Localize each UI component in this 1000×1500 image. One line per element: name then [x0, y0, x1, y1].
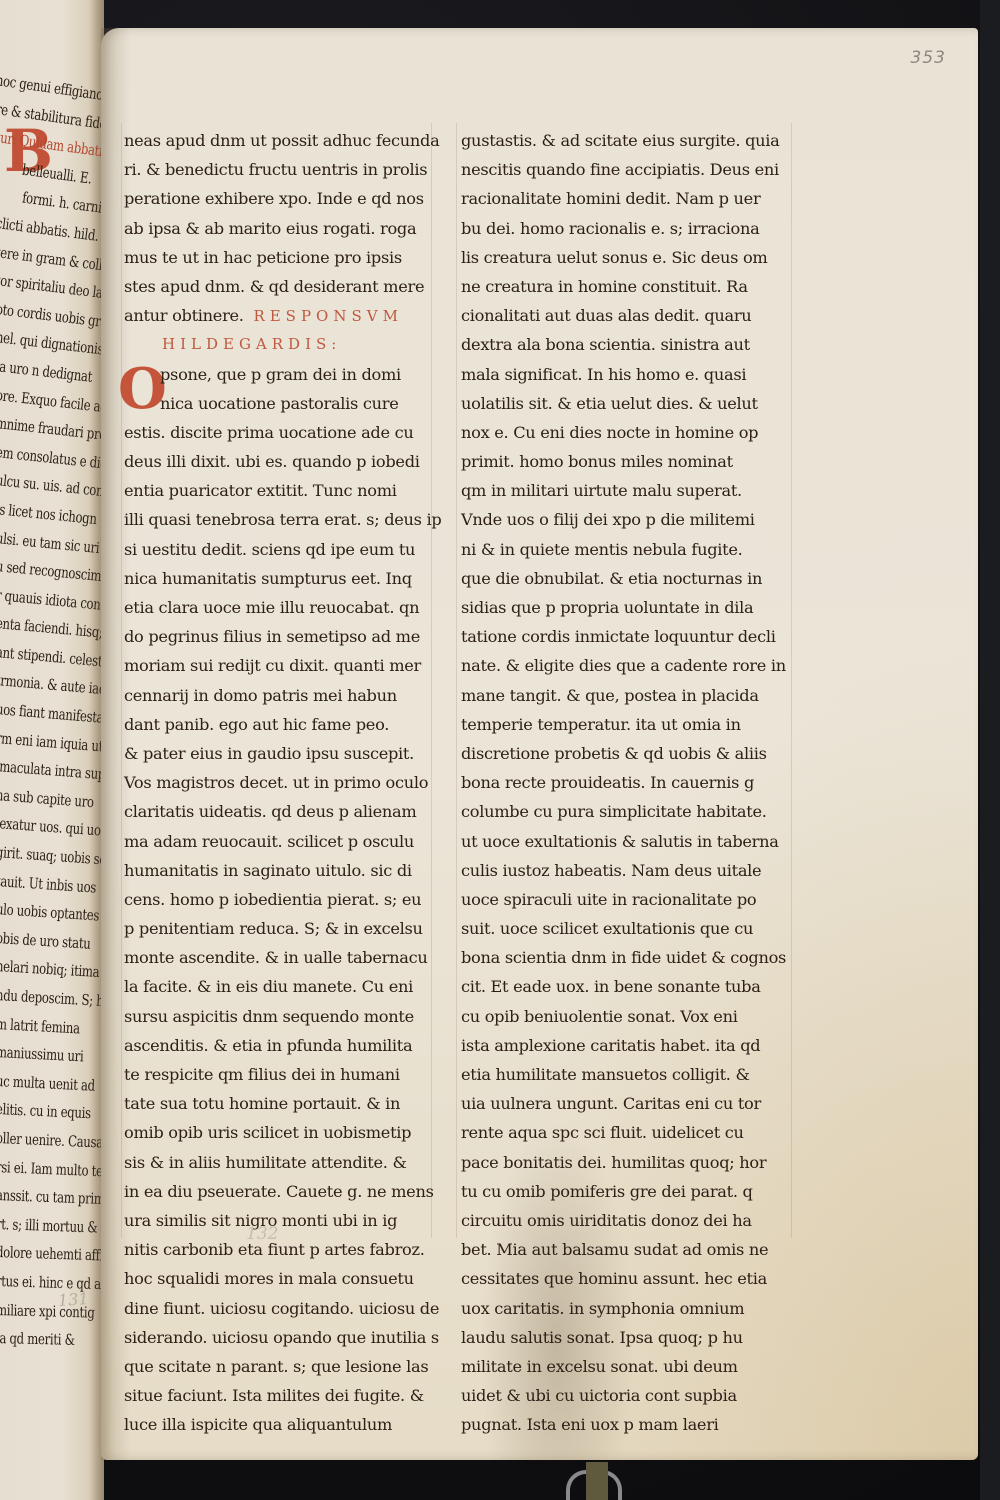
manuscript-line: uolatilis sit. & etia uelut dies. & uelu… — [461, 389, 806, 418]
manuscript-line: gustastis. & ad scitate eius surgite. qu… — [461, 126, 806, 155]
manuscript-line: anssit. cu tam primi — [0, 1181, 98, 1213]
manuscript-line: la facite. & in eis diu manete. Cu eni — [124, 972, 444, 1001]
manuscript-line: omib opib uris scilicet in uobismetip — [124, 1118, 444, 1147]
manuscript-line: sidias que p propria uoluntate in dila — [461, 593, 806, 622]
manuscript-line: peratione exhibere xpo. Inde e qd nos — [124, 184, 444, 213]
folio-number: 353 — [911, 48, 946, 68]
manuscript-line: luce illa ispicite qua aliquantulum — [124, 1410, 444, 1439]
manuscript-line: uia uulnera ungunt. Caritas eni cu tor — [461, 1089, 806, 1118]
rubric-title: RESPONSVM — [253, 307, 403, 325]
manuscript-line: siderando. uiciosu opando que inutilia s — [124, 1323, 444, 1352]
manuscript-line: cu opib beniuolentie sonat. Vox eni — [461, 1002, 806, 1031]
manuscript-line: ri. & benedictu fructu uentris in prolis — [124, 155, 444, 184]
manuscript-line: & pater eius in gaudio ipsu suscepit. — [124, 739, 444, 768]
manuscript-line: Vnde uos o filij dei xpo p die militemi — [461, 505, 806, 534]
manuscript-line: ura similis sit nigro monti ubi in ig — [124, 1206, 444, 1235]
manuscript-line: ma adam reuocauit. scilicet p osculu — [124, 827, 444, 856]
manuscript-line: claritatis uideatis. qd deus p alienam — [124, 797, 444, 826]
text-column-b: gustastis. & ad scitate eius surgite. qu… — [461, 126, 806, 1439]
manuscript-line: lis creatura uelut sonus e. Sic deus om — [461, 243, 806, 272]
manuscript-line: elitis. cu in equis — [0, 1095, 98, 1128]
ruling-line — [456, 123, 457, 1238]
manuscript-line: racionalitate homini dedit. Nam p uer — [461, 184, 806, 213]
manuscript-line: mus te ut in hac peticione pro ipsis — [124, 243, 444, 272]
manuscript-line: bona recte prouideatis. In cauernis g — [461, 768, 806, 797]
manuscript-line: nica humanitatis sumpturus eet. Inq — [124, 564, 444, 593]
manuscript-line: deus illi dixit. ubi es. quando p iobedi — [124, 447, 444, 476]
rubric-lead-text: antur obtinere. — [124, 306, 244, 325]
manuscript-line: nate. & eligite dies que a cadente rore … — [461, 651, 806, 680]
manuscript-line: in ea diu pseuerate. Cauete g. ne mens — [124, 1177, 444, 1206]
manuscript-line: te respicite qm filius dei in humani — [124, 1060, 444, 1089]
background-edge — [980, 0, 1000, 1500]
manuscript-line: ne creatura in homine constituit. Ra — [461, 272, 806, 301]
text-column-a: neas apud dnm ut possit adhuc fecundari.… — [124, 126, 444, 1439]
manuscript-line: nica uocatione pastoralis cure — [124, 389, 444, 418]
manuscript-line: Vos magistros decet. ut in primo oculo — [124, 768, 444, 797]
manuscript-line: bu dei. homo racionalis e. s; irraciona — [461, 214, 806, 243]
manuscript-line: circuitu omis uiriditatis donoz dei ha — [461, 1206, 806, 1235]
manuscript-line: maniussimu uri — [0, 1038, 98, 1072]
manuscript-line: nitis carbonib eta fiunt p artes fabroz. — [124, 1235, 444, 1264]
manuscript-line: do pegrinus filius in semetipso ad me — [124, 622, 444, 651]
manuscript-line: moriam sui redijt cu dixit. quanti mer — [124, 651, 444, 680]
manuscript-line: monte ascendite. & in ualle tabernacu — [124, 943, 444, 972]
manuscript-line: dant panib. ego aut hic fame peo. — [124, 710, 444, 739]
manuscript-line: uidet & ubi cu uictoria cont supbia — [461, 1381, 806, 1410]
manuscript-line: etia clara uoce mie illu reuocabat. qn — [124, 593, 444, 622]
column-a-body-lines: psone, que p gram dei in dominica uocati… — [124, 360, 444, 1440]
manuscript-line: dine fiunt. uiciosu cogitando. uiciosu d… — [124, 1294, 444, 1323]
manuscript-line: primit. homo bonus miles nominat — [461, 447, 806, 476]
manuscript-line: que scitate n parant. s; que lesione las — [124, 1352, 444, 1381]
manuscript-line: laudu salutis sonat. Ipsa quoq; p hu — [461, 1323, 806, 1352]
manuscript-line: neas apud dnm ut possit adhuc fecunda — [124, 126, 444, 155]
manuscript-line: culis iustoz habeatis. Nam deus uitale — [461, 856, 806, 885]
manuscript-line: dextra ala bona scientia. sinistra aut — [461, 330, 806, 359]
manuscript-line: bet. Mia aut balsamu sudat ad omis ne — [461, 1235, 806, 1264]
manuscript-line: cennarij in domo patris mei habun — [124, 681, 444, 710]
manuscript-line: p penitentiam reduca. S; & in excelsu — [124, 914, 444, 943]
manuscript-line: rsi ei. Iam multo temp — [0, 1153, 98, 1186]
left-page: B hoc genui effigiandire & stabilitura f… — [0, 0, 104, 1500]
manuscript-line: columbe cu pura simplicitate habitate. — [461, 797, 806, 826]
manuscript-line: ia qd meriti & — [0, 1324, 98, 1355]
manuscript-line: uox caritatis. in symphonia omnium — [461, 1294, 806, 1323]
manuscript-line: bona scientia dnm in fide uidet & cognos — [461, 943, 806, 972]
manuscript-line: militate in excelsu sonat. ubi deum — [461, 1352, 806, 1381]
bookmark-strap — [586, 1462, 608, 1500]
rubric-heading-line-2: HILDEGARDIS: — [124, 330, 444, 359]
manuscript-line: sursu aspicitis dnm sequendo monte — [124, 1002, 444, 1031]
manuscript-line: pace bonitatis dei. humilitas quoq; hor — [461, 1148, 806, 1177]
manuscript-line: cessitates que hominu assunt. hec etia — [461, 1264, 806, 1293]
manuscript-line: ascenditis. & etia in pfunda humilita — [124, 1031, 444, 1060]
manuscript-line: cit. Et eade uox. in bene sonante tuba — [461, 972, 806, 1001]
decorated-initial: O — [118, 360, 158, 418]
manuscript-line: etia humilitate mansuetos colligit. & — [461, 1060, 806, 1089]
manuscript-line: situe faciunt. Ista milites dei fugite. … — [124, 1381, 444, 1410]
manuscript-line: ut uoce exultationis & salutis in tabern… — [461, 827, 806, 856]
manuscript-line: psone, que p gram dei in domi — [124, 360, 444, 389]
manuscript-line: ista amplexione caritatis habet. ita qd — [461, 1031, 806, 1060]
lower-folio-mark: 132 — [246, 1224, 278, 1244]
manuscript-line: temperie temperatur. ita ut omia in — [461, 710, 806, 739]
manuscript-line: tate sua totu homine portauit. & in — [124, 1089, 444, 1118]
manuscript-line: rt. s; illi mortuu & — [0, 1210, 98, 1242]
manuscript-line: estis. discite prima uocatione ade cu — [124, 418, 444, 447]
manuscript-line: stes apud dnm. & qd desiderant mere — [124, 272, 444, 301]
manuscript-line: ni & in quiete mentis nebula fugite. — [461, 535, 806, 564]
right-page: 353 neas apud dnm ut possit adhuc fecund… — [101, 28, 978, 1460]
manuscript-line: tatione cordis inmictate loquuntur decli — [461, 622, 806, 651]
manuscript-line: ab ipsa & ab marito eius rogati. roga — [124, 214, 444, 243]
manuscript-line: humanitatis in saginato uitulo. sic di — [124, 856, 444, 885]
manuscript-line: hoc squalidi mores in mala consuetu — [124, 1264, 444, 1293]
manuscript-line: pugnat. Ista eni uox p mam laeri — [461, 1410, 806, 1439]
manuscript-line: nescitis quando fine accipiatis. Deus en… — [461, 155, 806, 184]
rubric-heading-line-1: antur obtinere. RESPONSVM — [124, 301, 444, 330]
manuscript-line: cionalitati aut duas alas dedit. quaru — [461, 301, 806, 330]
manuscript-line: qm in militari uirtute malu superat. — [461, 476, 806, 505]
manuscript-line: oller uenire. Causa — [0, 1124, 98, 1157]
manuscript-line: illi quasi tenebrosa terra erat. s; deus… — [124, 505, 444, 534]
column-a-opening-lines: neas apud dnm ut possit adhuc fecundari.… — [124, 126, 444, 301]
left-page-folio-mark: 131 — [57, 1289, 89, 1310]
manuscript-line: nox e. Cu eni dies nocte in homine op — [461, 418, 806, 447]
ruling-line — [121, 123, 122, 1238]
manuscript-line: mane tangit. & que, postea in placida — [461, 681, 806, 710]
manuscript-line: mala significat. In his homo e. quasi — [461, 360, 806, 389]
manuscript-line: dolore uehemti affic — [0, 1238, 98, 1270]
manuscript-line: entia puaricator extitit. Tunc nomi — [124, 476, 444, 505]
manuscript-line: tu cu omib pomiferis gre dei parat. q — [461, 1177, 806, 1206]
manuscript-line: cens. homo p iobedientia pierat. s; eu — [124, 885, 444, 914]
manuscript-line: suit. uoce scilicet exultationis que cu — [461, 914, 806, 943]
manuscript-line: que die obnubilat. & etia nocturnas in — [461, 564, 806, 593]
manuscript-line: rente aqua spc sci fluit. uidelicet cu — [461, 1118, 806, 1147]
manuscript-line: si uestitu dedit. sciens qd ipe eum tu — [124, 535, 444, 564]
manuscript-line: discretione probetis & qd uobis & aliis — [461, 739, 806, 768]
manuscript-line: sis & in aliis humilitate attendite. & — [124, 1148, 444, 1177]
rubric-author: HILDEGARDIS: — [162, 335, 341, 353]
manuscript-line: uoce spiraculi uite in racionalitate po — [461, 885, 806, 914]
